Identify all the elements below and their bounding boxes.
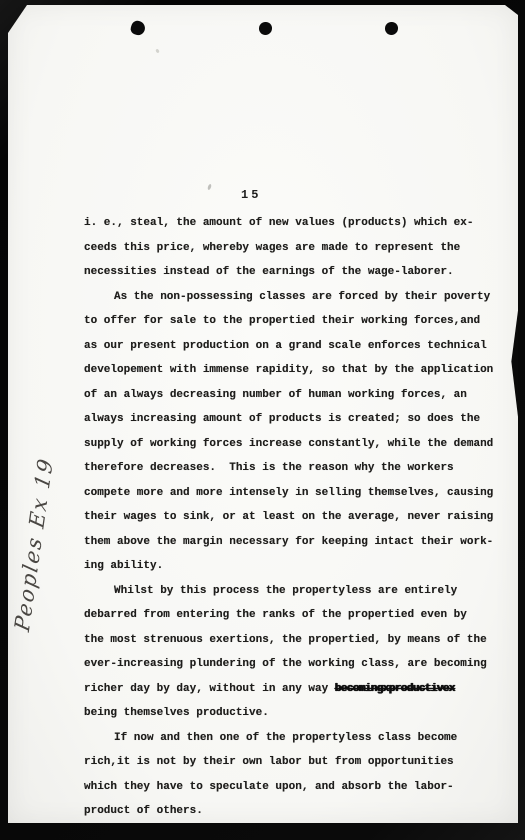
typed-line: of an always decreasing number of human …: [84, 383, 506, 408]
strikethrough-text: becomingxproductivex: [335, 683, 455, 695]
typed-line: therefore decreases. This is the reason …: [84, 456, 506, 481]
typed-line: product of others.: [84, 799, 506, 824]
typed-line: necessities instead of the earnings of t…: [84, 260, 506, 285]
typed-line: always increasing amount of products is …: [84, 407, 506, 432]
typed-line: being themselves productive.: [84, 701, 506, 726]
typed-line: richer day by day, without in any way be…: [84, 677, 506, 702]
paper-speck: [207, 184, 212, 191]
paper-speck: [155, 49, 160, 54]
punch-hole: [129, 19, 147, 37]
typed-line: As the non-possessing classes are forced…: [84, 285, 506, 310]
typed-line: as our present production on a grand sca…: [84, 334, 506, 359]
typed-line: ever-increasing plundering of the workin…: [84, 652, 506, 677]
typed-line: developement with immense rapidity, so t…: [84, 358, 506, 383]
photo-edge-artifact: [510, 303, 519, 425]
typed-line: ing ability.: [84, 554, 506, 579]
typed-line: ceeds this price, whereby wages are made…: [84, 236, 506, 261]
typed-line: the most strenuous exertions, the proper…: [84, 628, 506, 653]
document-page: 15 i. e., steal, the amount of new value…: [8, 5, 518, 823]
page-number: 15: [241, 188, 261, 202]
typed-body: i. e., steal, the amount of new values (…: [84, 211, 506, 824]
typed-line: compete more and more intensely in selli…: [84, 481, 506, 506]
punch-hole: [259, 22, 272, 35]
typed-line: i. e., steal, the amount of new values (…: [84, 211, 506, 236]
typed-line: to offer for sale to the propertied thei…: [84, 309, 506, 334]
typed-line: rich,it is not by their own labor but fr…: [84, 750, 506, 775]
exhibit-handwriting: Peoples Ex 19: [6, 423, 69, 668]
typed-line: them above the margin necessary for keep…: [84, 530, 506, 555]
typed-line: debarred from entering the ranks of the …: [84, 603, 506, 628]
typed-line: supply of working forces increase consta…: [84, 432, 506, 457]
typed-line: Whilst by this process the propertyless …: [84, 579, 506, 604]
typed-line: If now and then one of the propertyless …: [84, 726, 506, 751]
typed-line: their wages to sink, or at least on the …: [84, 505, 506, 530]
typed-line: which they have to speculate upon, and a…: [84, 775, 506, 800]
punch-hole: [385, 22, 398, 35]
